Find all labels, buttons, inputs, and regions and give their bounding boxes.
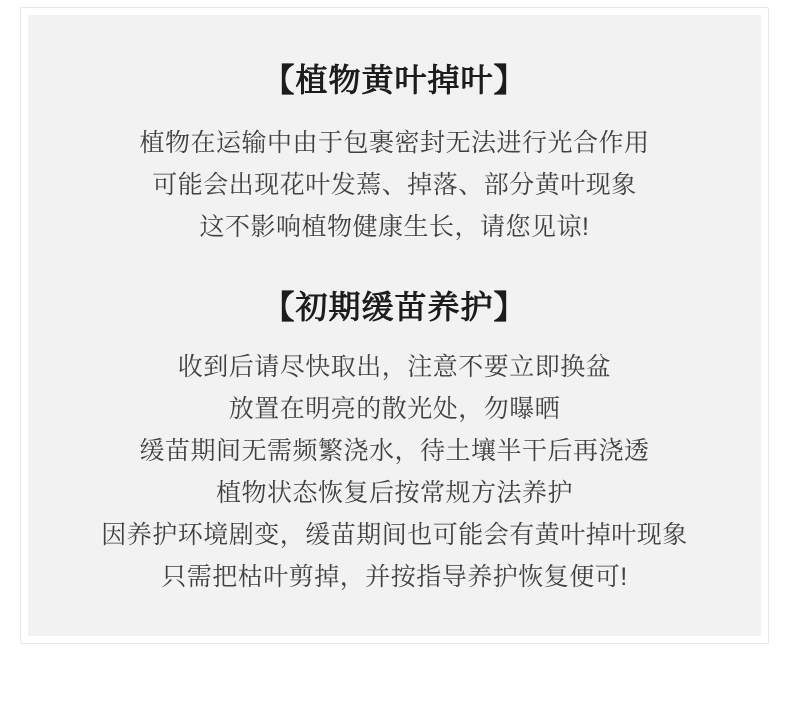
- notice-line: 这不影响植物健康生长，请您见谅!: [28, 206, 761, 248]
- section-heading-yellow-leaves: 【植物黄叶掉叶】: [28, 58, 761, 102]
- section-body-acclimation-care: 收到后请尽快取出，注意不要立即换盆 放置在明亮的散光处，勿曝晒 缓苗期间无需频繁…: [28, 346, 761, 598]
- notice-line: 植物在运输中由于包裹密封无法进行光合作用: [28, 122, 761, 164]
- notice-line: 植物状态恢复后按常规方法养护: [28, 472, 761, 514]
- notice-line: 只需把枯叶剪掉，并按指导养护恢复便可!: [28, 556, 761, 598]
- notice-line: 放置在明亮的散光处，勿曝晒: [28, 388, 761, 430]
- notice-panel: 【植物黄叶掉叶】 植物在运输中由于包裹密封无法进行光合作用 可能会出现花叶发蔫、…: [28, 15, 761, 636]
- notice-line: 收到后请尽快取出，注意不要立即换盆: [28, 346, 761, 388]
- section-body-yellow-leaves: 植物在运输中由于包裹密封无法进行光合作用 可能会出现花叶发蔫、掉落、部分黄叶现象…: [28, 122, 761, 248]
- notice-line: 因养护环境剧变，缓苗期间也可能会有黄叶掉叶现象: [28, 514, 761, 556]
- notice-line: 可能会出现花叶发蔫、掉落、部分黄叶现象: [28, 164, 761, 206]
- section-yellow-leaves: 【植物黄叶掉叶】 植物在运输中由于包裹密封无法进行光合作用 可能会出现花叶发蔫、…: [28, 58, 761, 248]
- section-heading-acclimation-care: 【初期缓苗养护】: [28, 285, 761, 329]
- notice-line: 缓苗期间无需频繁浇水，待土壤半干后再浇透: [28, 430, 761, 472]
- notice-card: 【植物黄叶掉叶】 植物在运输中由于包裹密封无法进行光合作用 可能会出现花叶发蔫、…: [20, 7, 769, 644]
- section-acclimation-care: 【初期缓苗养护】 收到后请尽快取出，注意不要立即换盆 放置在明亮的散光处，勿曝晒…: [28, 285, 761, 598]
